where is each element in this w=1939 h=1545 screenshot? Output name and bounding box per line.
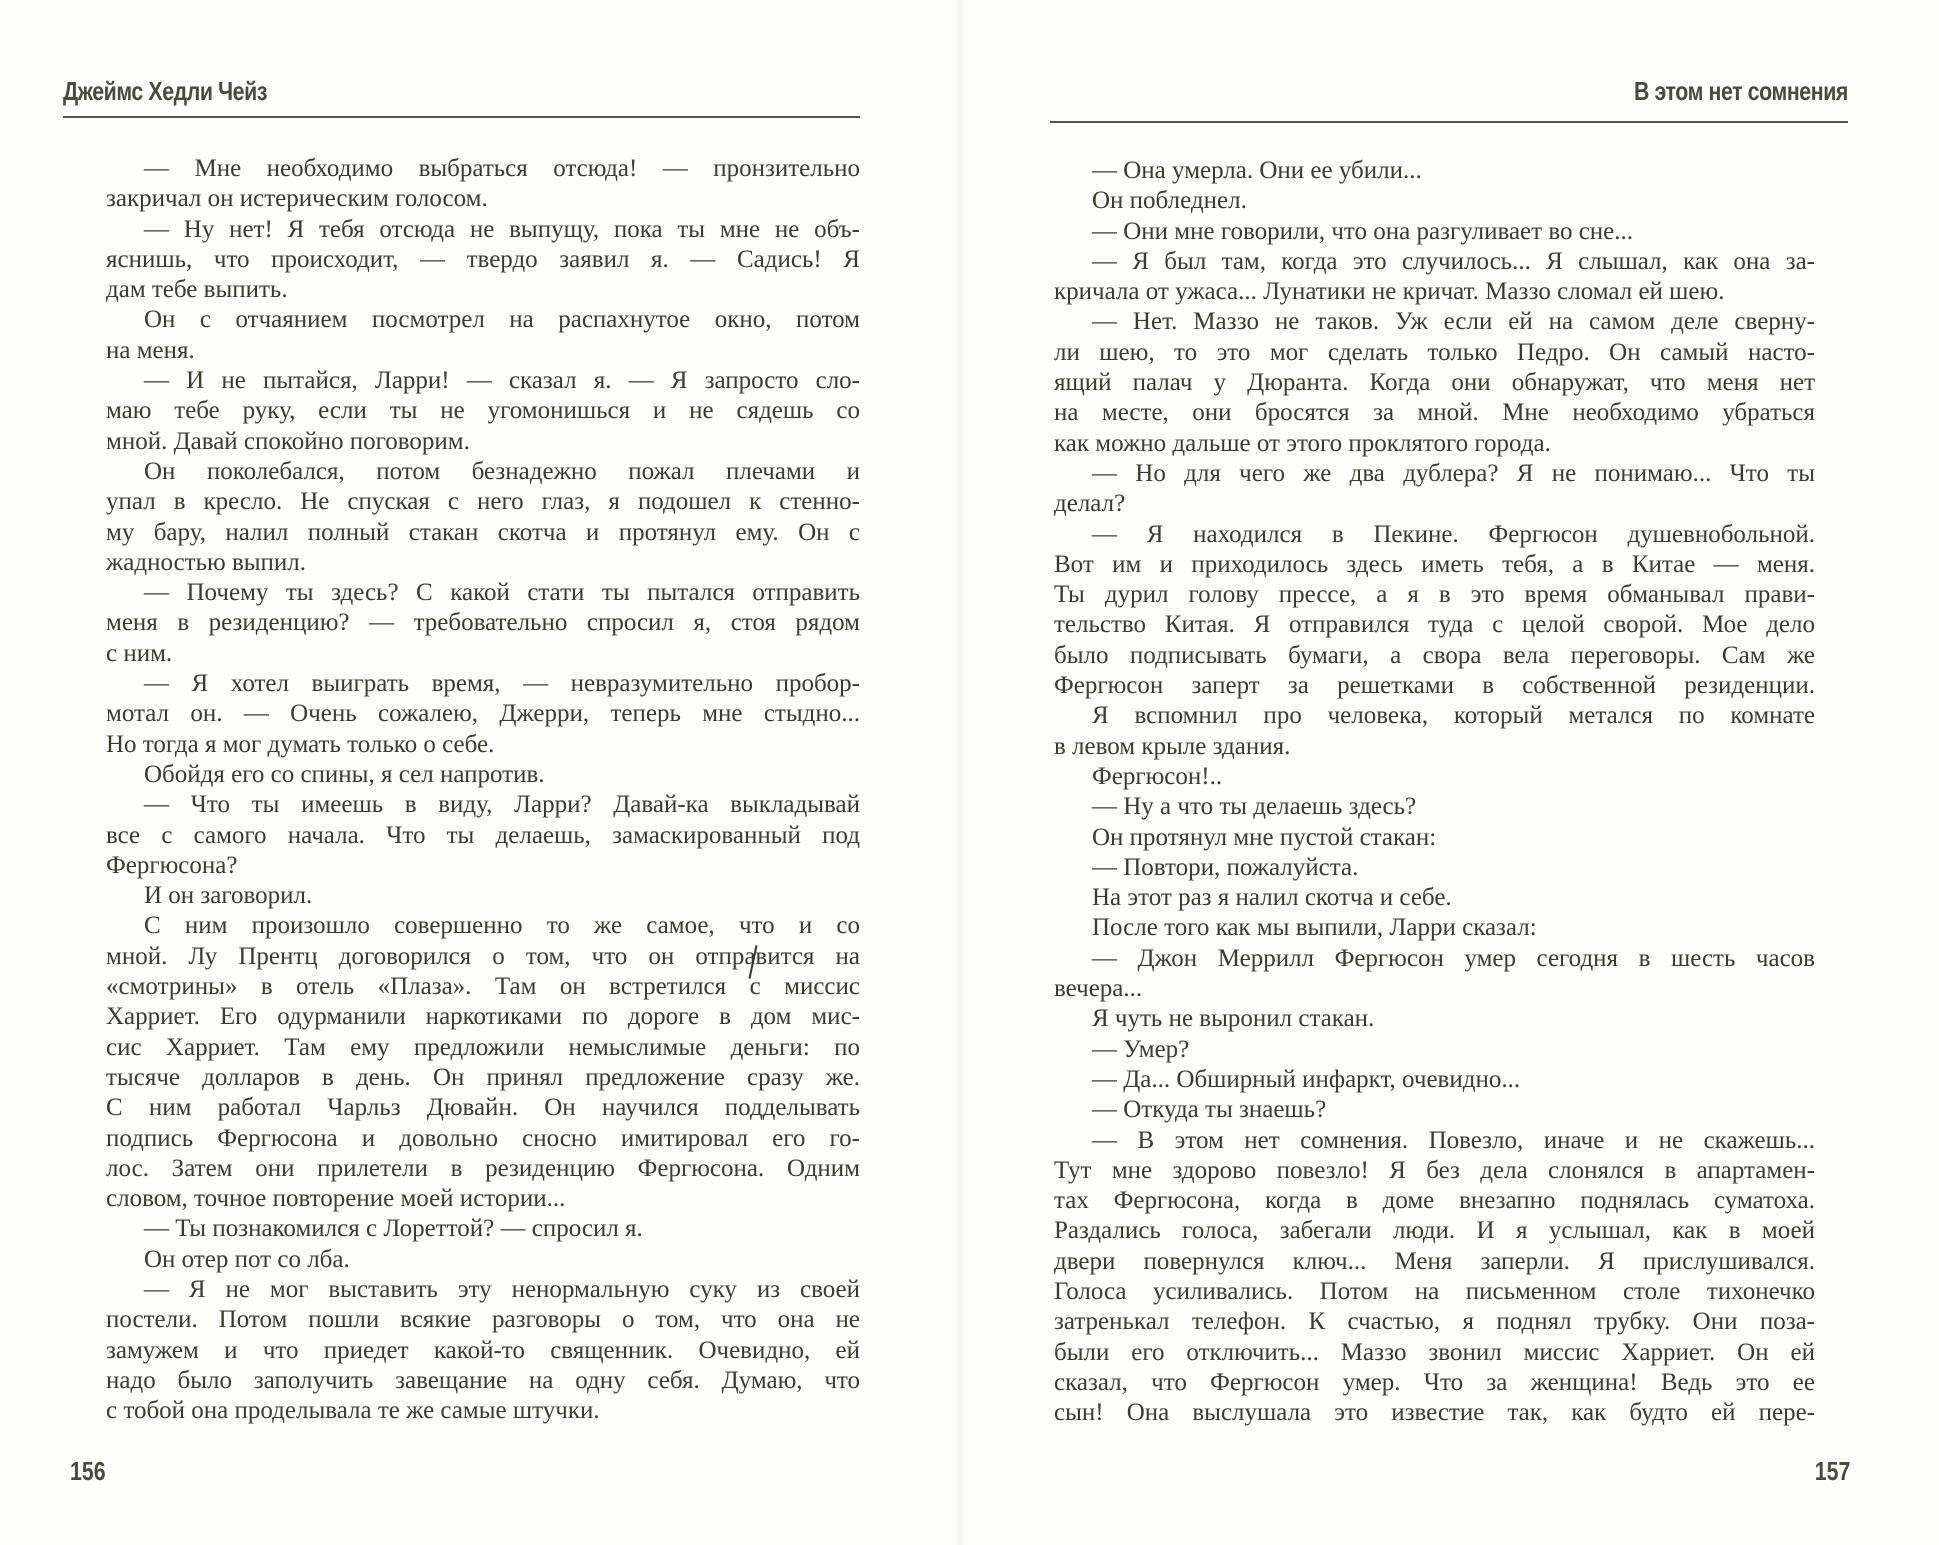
text-line: Он протянул мне пустой стакан:	[1054, 823, 1815, 853]
text-line: — Повтори, пожалуйста.	[1054, 853, 1815, 883]
header-rule	[1050, 121, 1848, 123]
text-line: лос. Затем они прилетели в резиденцию Фе…	[106, 1154, 860, 1184]
text-line: на меня.	[106, 336, 860, 366]
text-line: — Да... Обширный инфаркт, очевидно...	[1054, 1065, 1815, 1095]
text-line: Но тогда я мог думать только о себе.	[106, 730, 860, 760]
left-page: Джеймс Хедли Чейз — Мне необходимо выбра…	[0, 0, 960, 1545]
text-line: мной. Лу Прентц договорился о том, что о…	[106, 942, 860, 972]
text-line: На этот раз я налил скотча и себе.	[1054, 883, 1815, 913]
text-line: постели. Потом пошли всякие разговоры о …	[106, 1305, 860, 1335]
text-line: — Почему ты здесь? С какой стати ты пыта…	[106, 578, 860, 608]
text-line: упал в кресло. Не спуская с него глаз, я…	[106, 487, 860, 517]
text-line: Он отер пот со лба.	[106, 1245, 860, 1275]
text-line: с ним.	[106, 639, 860, 669]
text-line: Ты дурил голову прессе, а я в это время …	[1054, 580, 1815, 610]
text-line: тах Фергюсона, когда в доме внезапно под…	[1054, 1186, 1815, 1216]
text-line: мной. Давай спокойно поговорим.	[106, 427, 860, 457]
text-line: ли шею, то это мог сделать только Педро.…	[1054, 338, 1815, 368]
text-line: — Я был там, когда это случилось... Я сл…	[1054, 247, 1815, 277]
text-line: мотал он. — Очень сожалею, Джерри, тепер…	[106, 699, 860, 729]
text-line: сис Харриет. Там ему предложили немыслим…	[106, 1033, 860, 1063]
text-line: С ним работал Чарльз Дювайн. Он научился…	[106, 1093, 860, 1123]
text-line: — Она умерла. Они ее убили...	[1054, 156, 1815, 186]
text-line: — В этом нет сомнения. Повезло, иначе и …	[1054, 1126, 1815, 1156]
page-number: 156	[70, 1456, 106, 1487]
text-line: вечера...	[1054, 974, 1815, 1004]
text-line: — Что ты имеешь в виду, Ларри? Давай-ка …	[106, 790, 860, 820]
text-line: — Джон Меррилл Фергюсон умер сегодня в ш…	[1054, 944, 1815, 974]
text-line: закричал он истерическим голосом.	[106, 184, 860, 214]
text-line: как можно дальше от этого проклятого гор…	[1054, 429, 1815, 459]
text-line: сказал, что Фергюсон умер. Что за женщин…	[1054, 1368, 1815, 1398]
text-line: сын! Она выслушала это известие так, как…	[1054, 1398, 1815, 1428]
text-line: в левом крыле здания.	[1054, 732, 1815, 762]
text-line: Я вспомнил про человека, который метался…	[1054, 701, 1815, 731]
text-line: — Умер?	[1054, 1035, 1815, 1065]
text-line: затренькал телефон. К счастью, я поднял …	[1054, 1307, 1815, 1337]
text-line: делал?	[1054, 489, 1815, 519]
text-line: жадностью выпил.	[106, 548, 860, 578]
text-line: надо было заполучить завещание на одну с…	[106, 1366, 860, 1396]
body-text: — Она умерла. Они ее убили...Он побледне…	[1054, 156, 1815, 1428]
text-line: на месте, они бросятся за мной. Мне необ…	[1054, 398, 1815, 428]
text-line: тысяче долларов в день. Он принял предло…	[106, 1063, 860, 1093]
body-text: — Мне необходимо выбраться отсюда! — про…	[106, 154, 860, 1426]
text-line: — Мне необходимо выбраться отсюда! — про…	[106, 154, 860, 184]
text-line: — Я не мог выставить эту ненормальную су…	[106, 1275, 860, 1305]
text-line: Раздались голоса, забегали люди. И я усл…	[1054, 1216, 1815, 1246]
text-line: — Ты познакомился с Лореттой? — спросил …	[106, 1214, 860, 1244]
text-line: После того как мы выпили, Ларри сказал:	[1054, 913, 1815, 943]
text-line: замужем и что приедет какой-то священник…	[106, 1336, 860, 1366]
text-line: — Ну а что ты делаешь здесь?	[1054, 792, 1815, 822]
text-line: Обойдя его со спины, я сел напротив.	[106, 760, 860, 790]
text-line: С ним произошло совершенно то же самое, …	[106, 911, 860, 941]
text-line: Харриет. Его одурманили наркотиками по д…	[106, 1002, 860, 1032]
text-line: двери повернулся ключ... Меня заперли. Я…	[1054, 1247, 1815, 1277]
text-line: Вот им и приходилось здесь иметь тебя, а…	[1054, 550, 1815, 580]
text-line: — Но для чего же два дублера? Я не поним…	[1054, 459, 1815, 489]
text-line: — Они мне говорили, что она разгуливает …	[1054, 217, 1815, 247]
text-line: му бару, налил полный стакан скотча и пр…	[106, 518, 860, 548]
text-line: — Я находился в Пекине. Фергюсон душевно…	[1054, 520, 1815, 550]
text-line: — И не пытайся, Ларри! — сказал я. — Я з…	[106, 366, 860, 396]
text-line: — Я хотел выиграть время, — невразумител…	[106, 669, 860, 699]
running-head-author: Джеймс Хедли Чейз	[63, 76, 267, 107]
text-line: — Ну нет! Я тебя отсюда не выпущу, пока …	[106, 215, 860, 245]
text-line: — Откуда ты знаешь?	[1054, 1095, 1815, 1125]
text-line: Фергюсон!..	[1054, 762, 1815, 792]
right-page: В этом нет сомнения — Она умерла. Они ее…	[960, 0, 1939, 1545]
text-line: маю тебе руку, если ты не угомонишься и …	[106, 396, 860, 426]
text-line: Голоса усиливались. Потом на письменном …	[1054, 1277, 1815, 1307]
header-rule	[63, 116, 860, 118]
text-line: «смотрины» в отель «Плаза». Там он встре…	[106, 972, 860, 1002]
text-line: меня в резиденцию? — требовательно спрос…	[106, 608, 860, 638]
text-line: яснишь, что происходит, — твердо заявил …	[106, 245, 860, 275]
text-line: Он поколебался, потом безнадежно пожал п…	[106, 457, 860, 487]
text-line: Фергюсон заперт за решетками в собственн…	[1054, 671, 1815, 701]
text-line: тельство Китая. Я отправился туда с цело…	[1054, 610, 1815, 640]
text-line: Он побледнел.	[1054, 186, 1815, 216]
text-line: подпись Фергюсона и довольно сносно имит…	[106, 1124, 860, 1154]
text-line: ящий палач у Дюранта. Когда они обнаружа…	[1054, 368, 1815, 398]
text-line: с тобой она проделывала те же самые штуч…	[106, 1396, 860, 1426]
text-line: Он с отчаянием посмотрел на распахнутое …	[106, 305, 860, 335]
text-line: Тут мне здорово повезло! Я без дела слон…	[1054, 1156, 1815, 1186]
text-line: И он заговорил.	[106, 881, 860, 911]
running-head-title: В этом нет сомнения	[1634, 76, 1848, 107]
text-line: все с самого начала. Что ты делаешь, зам…	[106, 821, 860, 851]
text-line: были его отключить... Маззо звонил мисси…	[1054, 1338, 1815, 1368]
text-line: — Нет. Маззо не таков. Уж если ей на сам…	[1054, 307, 1815, 337]
text-line: Фергюсона?	[106, 851, 860, 881]
text-line: кричала от ужаса... Лунатики не кричат. …	[1054, 277, 1815, 307]
text-line: словом, точное повторение моей истории..…	[106, 1184, 860, 1214]
text-line: дам тебе выпить.	[106, 275, 860, 305]
text-line: было подписывать бумаги, а свора вела пе…	[1054, 641, 1815, 671]
page-number: 157	[1814, 1456, 1850, 1487]
text-line: Я чуть не выронил стакан.	[1054, 1004, 1815, 1034]
